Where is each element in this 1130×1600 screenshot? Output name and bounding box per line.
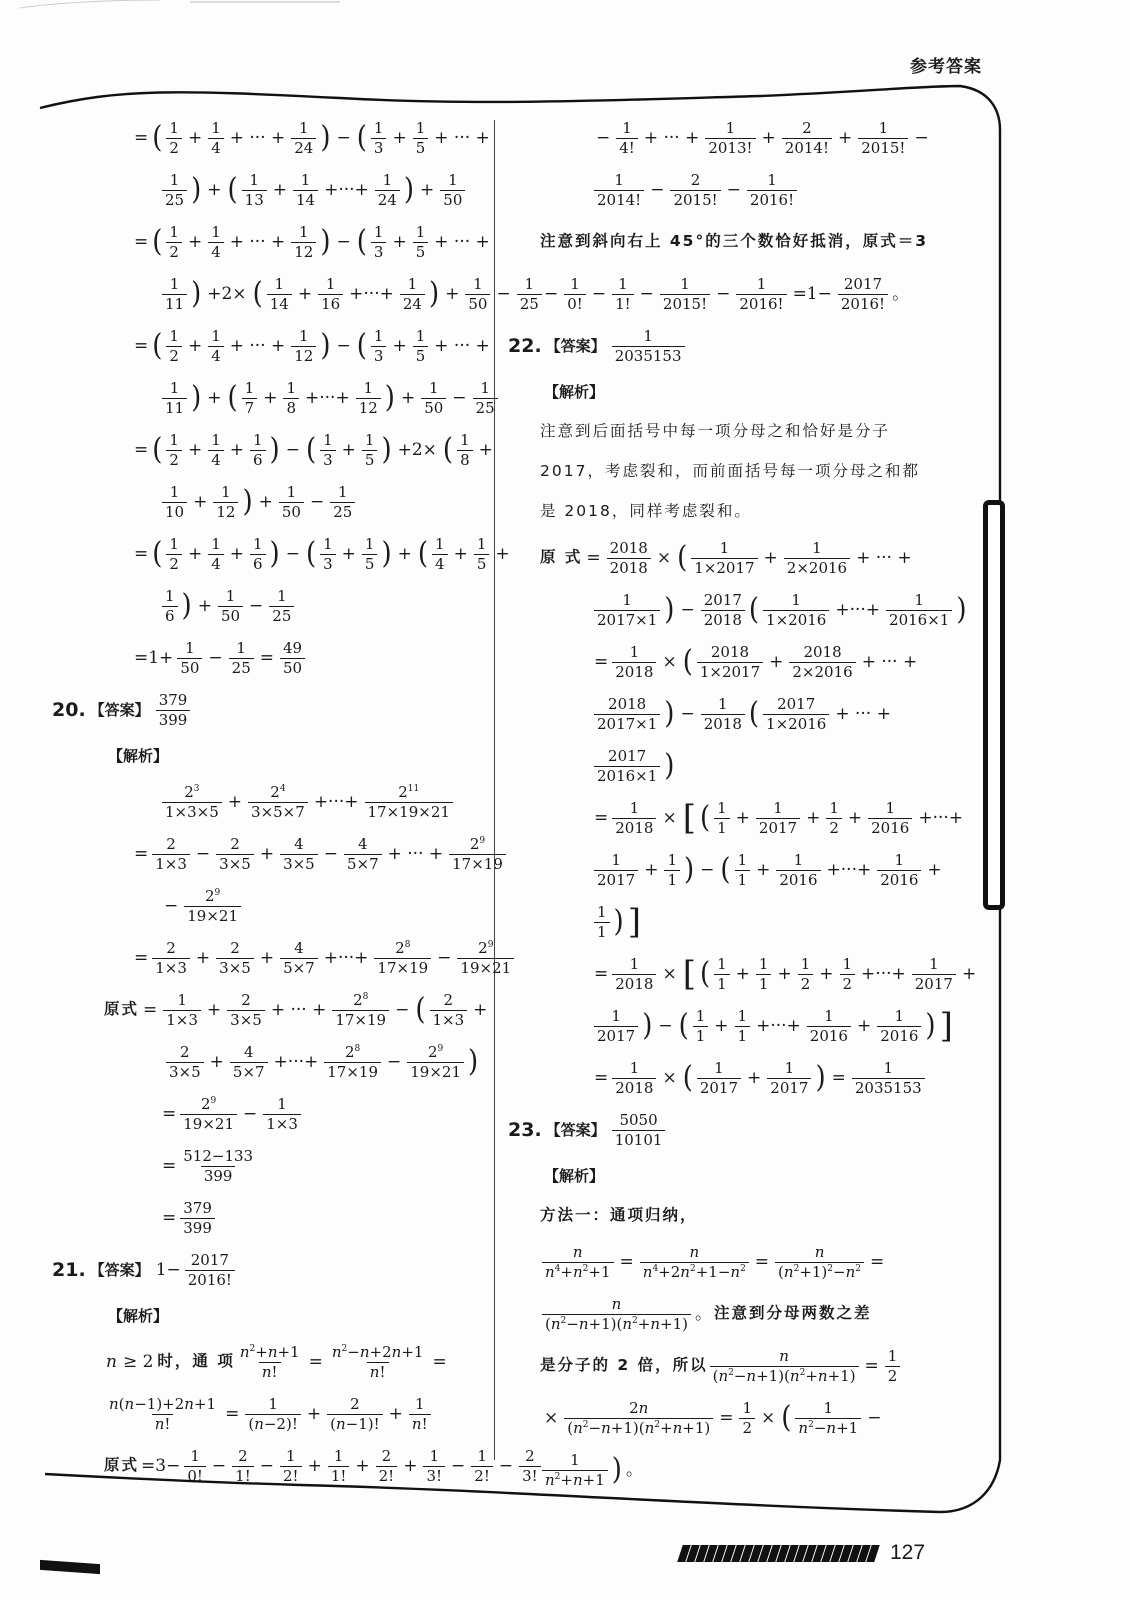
denominator: 2016	[877, 1026, 921, 1044]
operator: +	[385, 1406, 407, 1423]
fraction: 16	[250, 537, 266, 572]
denominator: 1	[735, 1026, 751, 1044]
operator: −	[540, 286, 562, 303]
operator: +	[752, 862, 774, 879]
denominator: 17×19	[449, 854, 506, 872]
denominator: 3×5	[216, 958, 254, 976]
operator: −	[391, 1002, 413, 1019]
answer-fraction: 12035153	[610, 329, 687, 364]
denominator: 5	[413, 138, 429, 156]
fraction: 243×5×7	[248, 785, 308, 820]
operator: ×	[757, 1410, 779, 1427]
numerator: 1	[284, 485, 300, 502]
fraction: 12	[798, 957, 814, 992]
denominator: 1	[735, 870, 751, 888]
denominator: 12	[213, 502, 238, 520]
operator: −	[208, 1458, 230, 1475]
fraction: 20182017×1	[594, 697, 660, 732]
numerator: 1	[782, 1061, 798, 1078]
operator: +	[203, 182, 225, 199]
fraction: 12	[166, 225, 182, 260]
numerator: 1	[246, 173, 262, 190]
denominator: 3	[320, 554, 336, 572]
answer-label: 【答案】	[542, 339, 610, 354]
numerator: 1	[882, 801, 898, 818]
parenthesis: (	[355, 123, 369, 153]
operator: +	[226, 442, 248, 459]
operator: +	[441, 286, 463, 303]
denominator: 5	[413, 346, 429, 364]
numerator: 1	[474, 537, 490, 554]
fraction: 12×2016	[784, 541, 850, 576]
denominator: 2	[826, 818, 842, 836]
operator: −	[160, 898, 182, 915]
operator: −	[588, 286, 610, 303]
denominator: 4	[208, 242, 224, 260]
numerator: 1	[182, 641, 198, 658]
numerator: 1	[791, 853, 807, 870]
operator: +	[184, 546, 206, 563]
equation-line: 12017)−(11+11+···+12016+12016)]	[540, 1000, 960, 1052]
numerator: 1	[223, 589, 239, 606]
denominator: 2015!	[670, 190, 720, 208]
operator: + ··· +	[226, 338, 290, 355]
fraction: 150	[440, 173, 465, 208]
fraction: 15	[413, 329, 429, 364]
operator: +	[184, 338, 206, 355]
equation-line: 125)+(113+114+···+124)+150	[80, 164, 480, 216]
fraction: 14	[208, 329, 224, 364]
fraction: 124	[291, 121, 316, 156]
math-text: =3−	[139, 1458, 182, 1475]
fraction: 1n!	[409, 1397, 431, 1432]
operator: +	[732, 966, 754, 983]
left-column: =(12+14+ ··· +124)−(13+15+ ··· +125)+(11…	[80, 112, 480, 1492]
denominator: n2−n+1	[795, 1418, 861, 1436]
operator: +	[732, 810, 754, 827]
denominator: 3×5	[216, 854, 254, 872]
denominator: 14	[293, 190, 318, 208]
fraction: 2919×21	[180, 1097, 237, 1132]
denominator: 5	[474, 554, 490, 572]
answer-fraction: 379399	[154, 693, 193, 728]
operator: −	[333, 338, 355, 355]
denominator: 50	[279, 502, 304, 520]
operator: +···+	[914, 810, 967, 827]
numerator: 2	[347, 1397, 363, 1414]
fraction: 2817×19	[332, 993, 389, 1028]
numerator: 1	[445, 173, 461, 190]
denominator: 2!	[280, 1466, 302, 1484]
fraction: 114	[293, 173, 318, 208]
denominator: 50	[280, 658, 305, 676]
operator: =	[139, 1002, 161, 1019]
denominator: 17×19	[374, 958, 431, 976]
numerator: 2017	[774, 697, 818, 714]
equation-line: 231×3×5+243×5×7+···+21117×19×21	[80, 776, 480, 828]
numerator: 379	[156, 693, 191, 710]
denominator: 2018	[612, 1078, 656, 1096]
numerator: 1	[413, 329, 429, 346]
operator: +	[450, 546, 472, 563]
numerator: 1	[735, 1009, 751, 1026]
denominator: 8	[457, 450, 473, 468]
operator: +2×	[203, 286, 250, 303]
parenthesis: (	[413, 995, 427, 1025]
math-text: =	[132, 546, 150, 563]
equation-line: −2919×21	[80, 880, 480, 932]
denominator: 1×3×5	[162, 802, 222, 820]
fraction: 12016	[877, 1009, 921, 1044]
numerator: n	[609, 1297, 625, 1314]
parenthesis: (	[747, 595, 761, 625]
operator: + ··· +	[640, 130, 704, 147]
fraction: 11	[714, 957, 730, 992]
operator: +	[758, 130, 780, 147]
numerator: 1	[208, 121, 224, 138]
numerator: 1	[162, 589, 178, 606]
numerator: 1	[723, 121, 739, 138]
math-text: =	[132, 950, 150, 967]
denominator: 2016	[776, 870, 820, 888]
numerator: 2	[235, 1449, 251, 1466]
numerator: 1	[283, 381, 299, 398]
numerator: 1	[715, 697, 731, 714]
right-column: −14!+ ··· +12013!+22014!+12015!−12014!−2…	[540, 112, 960, 1496]
numerator: 2n	[626, 1401, 651, 1418]
fraction: 379399	[156, 693, 191, 728]
denominator: 50	[218, 606, 243, 624]
equation-line: =379399	[80, 1192, 480, 1244]
denominator: 1	[693, 1026, 709, 1044]
fraction: 12	[739, 1401, 755, 1436]
operator: −	[712, 286, 734, 303]
denominator: 2016!	[185, 1270, 235, 1288]
fraction: 18	[457, 433, 473, 468]
fraction: 22015!	[670, 173, 720, 208]
equation-line: 111)+2×(114+116+···+124)+150−125	[80, 268, 480, 320]
equation-line: =21×3+23×5+45×7+···+2817×19−2919×21	[80, 932, 480, 984]
parenthesis: (	[150, 227, 164, 257]
denominator: 4!	[616, 138, 638, 156]
equation-line: −10!−11!−12015!−12016!=1−20172016!。	[540, 268, 960, 320]
fraction: 12018	[701, 697, 745, 732]
fraction: 2817×19	[324, 1045, 381, 1080]
equation-line: =12018×(20181×2017+20182×2016+ ··· +	[540, 636, 960, 688]
q20-analysis-label-line: 【解析】	[80, 736, 480, 776]
denominator: 2017	[594, 870, 638, 888]
numerator: 1	[296, 121, 312, 138]
numerator: 2	[522, 1449, 538, 1466]
fraction: 11×3	[263, 1097, 301, 1132]
fraction: 1(n−2)!	[245, 1397, 301, 1432]
fraction: 150	[465, 277, 490, 312]
numerator: 1	[608, 853, 624, 870]
variable: n	[104, 1354, 119, 1371]
operator: =1−	[789, 286, 836, 303]
numerator: 1	[166, 225, 182, 242]
parenthesis: (	[355, 227, 369, 257]
q21-analysis-label-line: 【解析】	[80, 1296, 480, 1336]
equation-line: n(n2−n+1)(n2+n+1)。注意到分母两数之差	[540, 1288, 960, 1340]
numerator: 2	[163, 837, 179, 854]
operator: +	[710, 1018, 732, 1035]
numerator: 2	[163, 941, 179, 958]
denominator: 2016×1	[886, 610, 952, 628]
fraction: 17	[242, 381, 258, 416]
numerator: 1	[881, 1061, 897, 1078]
fraction: 12035153	[852, 1061, 925, 1096]
denominator: 24	[400, 294, 425, 312]
parenthesis: )	[318, 227, 332, 257]
q19-continued: =(12+14+ ··· +124)−(13+15+ ··· +125)+(11…	[80, 112, 480, 684]
denominator: 1×2016	[763, 610, 829, 628]
fraction: 12	[840, 957, 856, 992]
numerator: 1	[426, 1449, 442, 1466]
numerator: 29	[202, 889, 223, 906]
parenthesis: (	[150, 435, 164, 465]
fraction: 12	[166, 537, 182, 572]
parenthesis: )	[268, 435, 282, 465]
numerator: 1	[567, 277, 583, 294]
fraction: n2−n+2n+1n!	[329, 1345, 427, 1380]
numerator: 1	[405, 277, 421, 294]
equation-line: 16)+150−125	[80, 580, 480, 632]
denominator: (n2−n+1)(n2+n+1)	[710, 1366, 859, 1384]
numerator: 1	[166, 329, 182, 346]
operator: −	[282, 442, 304, 459]
chapter-tab-marker	[983, 500, 1005, 910]
operator: −	[863, 1410, 885, 1427]
parenthesis: (	[675, 543, 689, 573]
fraction: n(n2+1)2−n2	[775, 1245, 864, 1280]
parenthesis: (	[747, 699, 761, 729]
q22-block: 22. 【答案】 12035153 【解析】 注意到后面括号中每一项分母之和恰好…	[540, 320, 960, 1104]
operator: +	[958, 966, 980, 983]
numerator: 2017	[605, 749, 649, 766]
denominator: 2×2016	[784, 558, 850, 576]
answer-fraction: 505010101	[610, 1113, 668, 1148]
fraction: 12018	[612, 957, 656, 992]
numerator: 1	[250, 433, 266, 450]
fraction: 111	[162, 277, 187, 312]
operator: −	[592, 130, 614, 147]
operator: ×	[540, 1410, 562, 1427]
equation-line: 110+112)+150−125	[80, 476, 480, 528]
denominator: n4+n2+1	[542, 1262, 614, 1280]
equation-line: 原式=3−10!−21!−12!+11!+22!+13!−12!−23!	[80, 1440, 480, 1492]
fraction: nn4+n2+1	[542, 1245, 614, 1280]
parenthesis: )	[318, 123, 332, 153]
math-text: =	[132, 846, 150, 863]
denominator: 2	[166, 450, 182, 468]
parenthesis: )	[662, 699, 676, 729]
operator: +	[388, 130, 410, 147]
equation-line: 注意到斜向右上 45°的三个数恰好抵消，原式＝3	[540, 216, 960, 268]
fraction: 12013!	[705, 121, 755, 156]
fraction: 15	[474, 537, 490, 572]
fraction: 112	[291, 225, 316, 260]
parenthesis: )	[923, 1011, 937, 1041]
denominator: 2014!	[594, 190, 644, 208]
fraction: 231×3×5	[162, 785, 222, 820]
denominator: 1×3	[163, 1010, 201, 1028]
numerator: 1	[265, 1397, 281, 1414]
question-number: 20.	[52, 701, 86, 720]
denominator: 399	[180, 1218, 215, 1236]
fraction: 2n(n2−n+1)(n2+n+1)	[564, 1401, 713, 1436]
denominator: 1×2016	[763, 714, 829, 732]
denominator: 2016!	[838, 294, 888, 312]
fraction: 22014!	[782, 121, 832, 156]
fraction: 150	[421, 381, 446, 416]
fraction: 13	[371, 121, 387, 156]
numerator: 1	[233, 641, 249, 658]
numerator: 1	[735, 853, 751, 870]
math-text: =1+	[132, 650, 175, 667]
denominator: 3×5×7	[248, 802, 308, 820]
denominator: 25	[229, 658, 254, 676]
q23-solution: nn4+n2+1=nn4+2n2+1−n2=n(n2+1)2−n2=n(n2−n…	[540, 1236, 960, 1496]
denominator: n4+2n2+1−n2	[640, 1262, 749, 1280]
parenthesis: )	[383, 383, 397, 413]
operator: ×	[653, 550, 675, 567]
numerator: 1	[764, 173, 780, 190]
fraction: 11	[735, 1009, 751, 1044]
operator: +	[773, 966, 795, 983]
fraction: 21×3	[152, 837, 190, 872]
q20-solution: 231×3×5+243×5×7+···+21117×19×21=21×3−23×…	[80, 776, 480, 1244]
equation-line: −14!+ ··· +12013!+22014!+12015!−	[540, 112, 960, 164]
denominator: 2014!	[782, 138, 832, 156]
fraction: 16	[250, 433, 266, 468]
fraction: 11!	[612, 277, 634, 312]
denominator: 2	[798, 974, 814, 992]
fraction: 13!	[423, 1449, 445, 1484]
denominator: 5	[362, 450, 378, 468]
fraction: 125	[229, 641, 254, 676]
numerator: 2	[688, 173, 704, 190]
fraction: 2(n−1)!	[327, 1397, 383, 1432]
operator: +	[203, 390, 225, 407]
operator: +	[491, 546, 513, 563]
fraction: 150	[177, 641, 202, 676]
parenthesis: (	[416, 539, 430, 569]
denominator: 19×21	[184, 906, 241, 924]
operator: +	[338, 546, 360, 563]
parenthesis: (	[304, 435, 318, 465]
operator: +	[815, 966, 837, 983]
numerator: 1	[412, 1397, 428, 1414]
fraction: 12018	[612, 1061, 656, 1096]
numerator: 2018	[607, 541, 651, 558]
operator: +	[475, 442, 497, 459]
numerator: 1	[432, 537, 448, 554]
fraction: 18	[283, 381, 299, 416]
operator: +	[255, 494, 277, 511]
fraction: 10!	[184, 1449, 206, 1484]
chinese-text: 原式	[104, 1002, 139, 1018]
operator: −	[320, 846, 342, 863]
math-text: =	[592, 654, 610, 671]
denominator: 2!	[471, 1466, 493, 1484]
fraction: 13	[371, 225, 387, 260]
operator: +	[294, 286, 316, 303]
fraction: 11×3	[163, 993, 201, 1028]
fraction: 124	[375, 173, 400, 208]
fraction: 12016	[776, 853, 820, 888]
fraction: 124	[400, 277, 425, 312]
denominator: 2	[166, 138, 182, 156]
numerator: 1	[711, 1061, 727, 1078]
equation-line: 12017×1)−20172018(11×2016+···+12016×1)	[540, 584, 960, 636]
numerator: 1	[840, 957, 856, 974]
q23-method-title: 方法一：通项归纳，	[540, 1196, 960, 1236]
denominator: 1!	[328, 1466, 350, 1484]
equation-line: 11)]	[540, 896, 960, 948]
fraction: 12017×1	[594, 593, 660, 628]
numerator: 28	[342, 1045, 363, 1062]
denominator: 1×2017	[691, 558, 757, 576]
fraction: 15	[413, 225, 429, 260]
operator: +···+	[310, 794, 363, 811]
operator: −	[333, 234, 355, 251]
numerator: 5050	[616, 1113, 660, 1130]
fraction: 2919×21	[407, 1045, 464, 1080]
parenthesis: (	[779, 1403, 793, 1433]
denominator: 2035153	[612, 346, 685, 364]
fraction: n(n2−n+1)(n2+n+1)	[542, 1297, 691, 1332]
page-footer: 127	[680, 1541, 925, 1565]
numerator: 1	[218, 485, 234, 502]
denominator: 1	[756, 974, 772, 992]
numerator: 1	[677, 277, 693, 294]
denominator: 2!	[376, 1466, 398, 1484]
fraction: 12	[166, 329, 182, 364]
operator: −	[636, 286, 658, 303]
fraction: 112	[213, 485, 238, 520]
numerator: 2017	[841, 277, 885, 294]
denominator: 3!	[423, 1466, 445, 1484]
fraction: 1n2−n+1	[795, 1401, 861, 1436]
numerator: 4	[355, 837, 371, 854]
chinese-text: 原 式	[540, 550, 582, 566]
fraction: 14	[208, 433, 224, 468]
equation-line: =(12+14+ ··· +124)−(13+15+ ··· +	[80, 112, 480, 164]
math-text: 。	[890, 286, 911, 303]
fraction: 20181×2017	[697, 645, 763, 680]
fraction: 12015!	[660, 277, 710, 312]
denominator: (n2−n+1)(n2+n+1)	[564, 1418, 713, 1436]
numerator: 1	[413, 121, 429, 138]
operator: +···+	[345, 286, 398, 303]
numerator: 1	[174, 993, 190, 1010]
bracket: [	[681, 801, 698, 835]
fraction: 2919×21	[457, 941, 514, 976]
fraction: 23×5	[227, 993, 265, 1028]
denominator: 4	[432, 554, 448, 572]
fraction: 23×5	[216, 837, 254, 872]
numerator: n	[812, 1245, 828, 1262]
numerator: 1	[627, 957, 643, 974]
fraction: 125	[162, 173, 187, 208]
denominator: 50	[465, 294, 490, 312]
fraction: 23×5	[166, 1045, 204, 1080]
denominator: 2016×1	[594, 766, 660, 784]
analysis-label: 【解析】	[104, 1309, 172, 1324]
operator: + ··· +	[430, 338, 494, 355]
denominator: 1!	[232, 1466, 254, 1484]
